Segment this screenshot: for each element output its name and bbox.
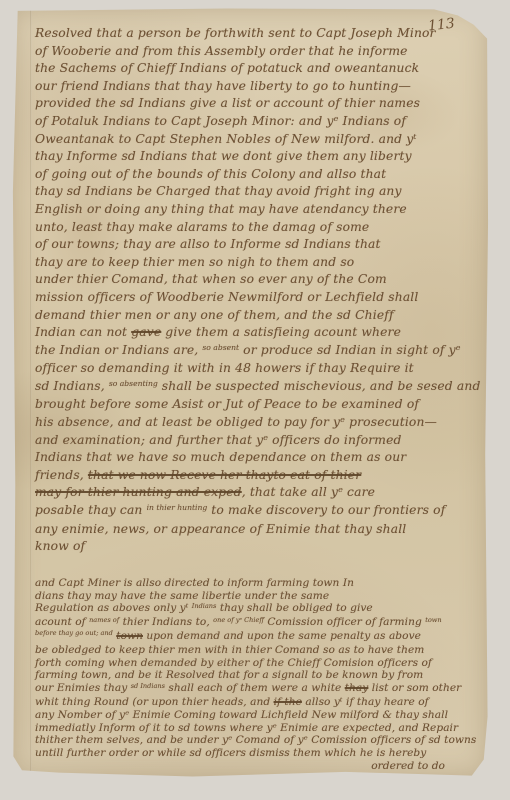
interlined-text: before thay go out; and bbox=[35, 629, 113, 637]
interlined-text: in thier hunting bbox=[147, 503, 208, 512]
text-line: under thier Comand, that when so ever an… bbox=[35, 271, 481, 289]
text-line: Indians that we have so much dependance … bbox=[35, 449, 481, 467]
paragraph: and Capt Miner is allso directed to info… bbox=[35, 577, 481, 773]
interlined-text: so absent bbox=[202, 343, 239, 352]
struck-text: thay bbox=[345, 682, 369, 694]
text-line: any Nomber of yᵉ Enimie Coming toward Li… bbox=[35, 709, 481, 722]
text-line: of going out of the bounds of this Colon… bbox=[35, 166, 481, 184]
text-line: whit thing Round (or upon thier heads, a… bbox=[35, 696, 481, 709]
text-line: of Wooberie and from this Assembly order… bbox=[35, 43, 481, 61]
text-line: and Capt Miner is allso directed to info… bbox=[35, 577, 481, 590]
text-line: thay are to keep thier men so nigh to th… bbox=[35, 254, 481, 272]
text-line: acount of names of thier Indians to, one… bbox=[35, 616, 481, 630]
text-line: ordered to do bbox=[35, 760, 481, 773]
text-line: immediatly Inform of it to sd towns wher… bbox=[35, 722, 481, 735]
struck-text: may for thier hunting and exped bbox=[35, 485, 242, 499]
text-line: mission officers of Woodberie Newmilford… bbox=[35, 289, 481, 307]
text-line: English or doing any thing that may have… bbox=[35, 201, 481, 219]
text-line: thay sd Indians be Charged that thay avo… bbox=[35, 183, 481, 201]
text-line: thay Informe sd Indians that we dont giv… bbox=[35, 148, 481, 166]
text-line: our friend Indians that thay have libert… bbox=[35, 78, 481, 96]
text-line: demand thier men or any one of them, and… bbox=[35, 307, 481, 325]
text-line: sd Indians, so absenting shall be suspec… bbox=[35, 378, 481, 397]
paper-fold-line bbox=[30, 7, 32, 778]
text-line: Resolved that a person be forthwith sent… bbox=[35, 25, 481, 43]
text-line: untill further order or while sd officer… bbox=[35, 747, 481, 760]
text-line: Indian can not gave give them a satisfie… bbox=[35, 324, 481, 342]
manuscript-page: 113 Resolved that a person be forthwith … bbox=[11, 7, 489, 778]
struck-text: gave bbox=[131, 325, 161, 339]
interlined-text: names of bbox=[89, 616, 119, 624]
struck-text: if the bbox=[274, 696, 302, 708]
text-line: be obledged to keep thier men with in th… bbox=[35, 644, 481, 657]
text-line: forth coming when demanded by either of … bbox=[35, 657, 481, 670]
interlined-text: town bbox=[425, 616, 441, 624]
text-line: officer so demanding it with in 48 hower… bbox=[35, 360, 481, 378]
text-line: friends, that we now Receve her thayto e… bbox=[35, 467, 481, 485]
manuscript-photo: 113 Resolved that a person be forthwith … bbox=[0, 0, 510, 800]
struck-text: town bbox=[116, 630, 143, 642]
interlined-text: one of yᵉ Chieff bbox=[213, 616, 264, 624]
manuscript-text: Resolved that a person be forthwith sent… bbox=[35, 25, 481, 773]
text-line: and examination; and further that yᵉ off… bbox=[35, 432, 481, 450]
interlined-text: so absenting bbox=[109, 379, 158, 388]
paragraph: Resolved that a person be forthwith sent… bbox=[35, 25, 481, 556]
interlined-text: sd Indians bbox=[131, 682, 165, 690]
text-line: our Enimies thay sd Indians shall each o… bbox=[35, 682, 481, 696]
struck-text: that we now Receve her thayto eat of thi… bbox=[88, 468, 361, 482]
text-line: thither them selves, and be under yᵉ Com… bbox=[35, 734, 481, 747]
text-line: of Potaluk Indians to Capt Joseph Minor:… bbox=[35, 113, 481, 131]
text-line: farming town, and be it Resolved that fo… bbox=[35, 669, 481, 682]
text-line: may for thier hunting and exped, that ta… bbox=[35, 484, 481, 502]
text-line: dians thay may have the same libertie un… bbox=[35, 590, 481, 603]
text-line: Oweantanak to Capt Stephen Nobles of New… bbox=[35, 131, 481, 149]
text-line: posable thay can in thier hunting to mak… bbox=[35, 502, 481, 521]
text-line: unto, least thay make alarams to the dam… bbox=[35, 219, 481, 237]
text-line: his absence, and at least be obliged to … bbox=[35, 414, 481, 432]
interlined-text: Indians bbox=[192, 602, 217, 610]
text-line: the Indian or Indians are, so absent or … bbox=[35, 342, 481, 361]
text-line: Regulation as aboves only yᵗ Indians tha… bbox=[35, 602, 481, 616]
text-line: know of bbox=[35, 538, 481, 556]
text-line: brought before some Asist or Jut of Peac… bbox=[35, 396, 481, 414]
text-line: of our towns; thay are allso to Informe … bbox=[35, 236, 481, 254]
text-line: before thay go out; and town upon demand… bbox=[35, 630, 481, 644]
text-line: the Sachems of Chieff Indians of potatuc… bbox=[35, 60, 481, 78]
text-line: any enimie, news, or appearance of Enimi… bbox=[35, 521, 481, 539]
text-line: provided the sd Indians give a list or a… bbox=[35, 95, 481, 113]
